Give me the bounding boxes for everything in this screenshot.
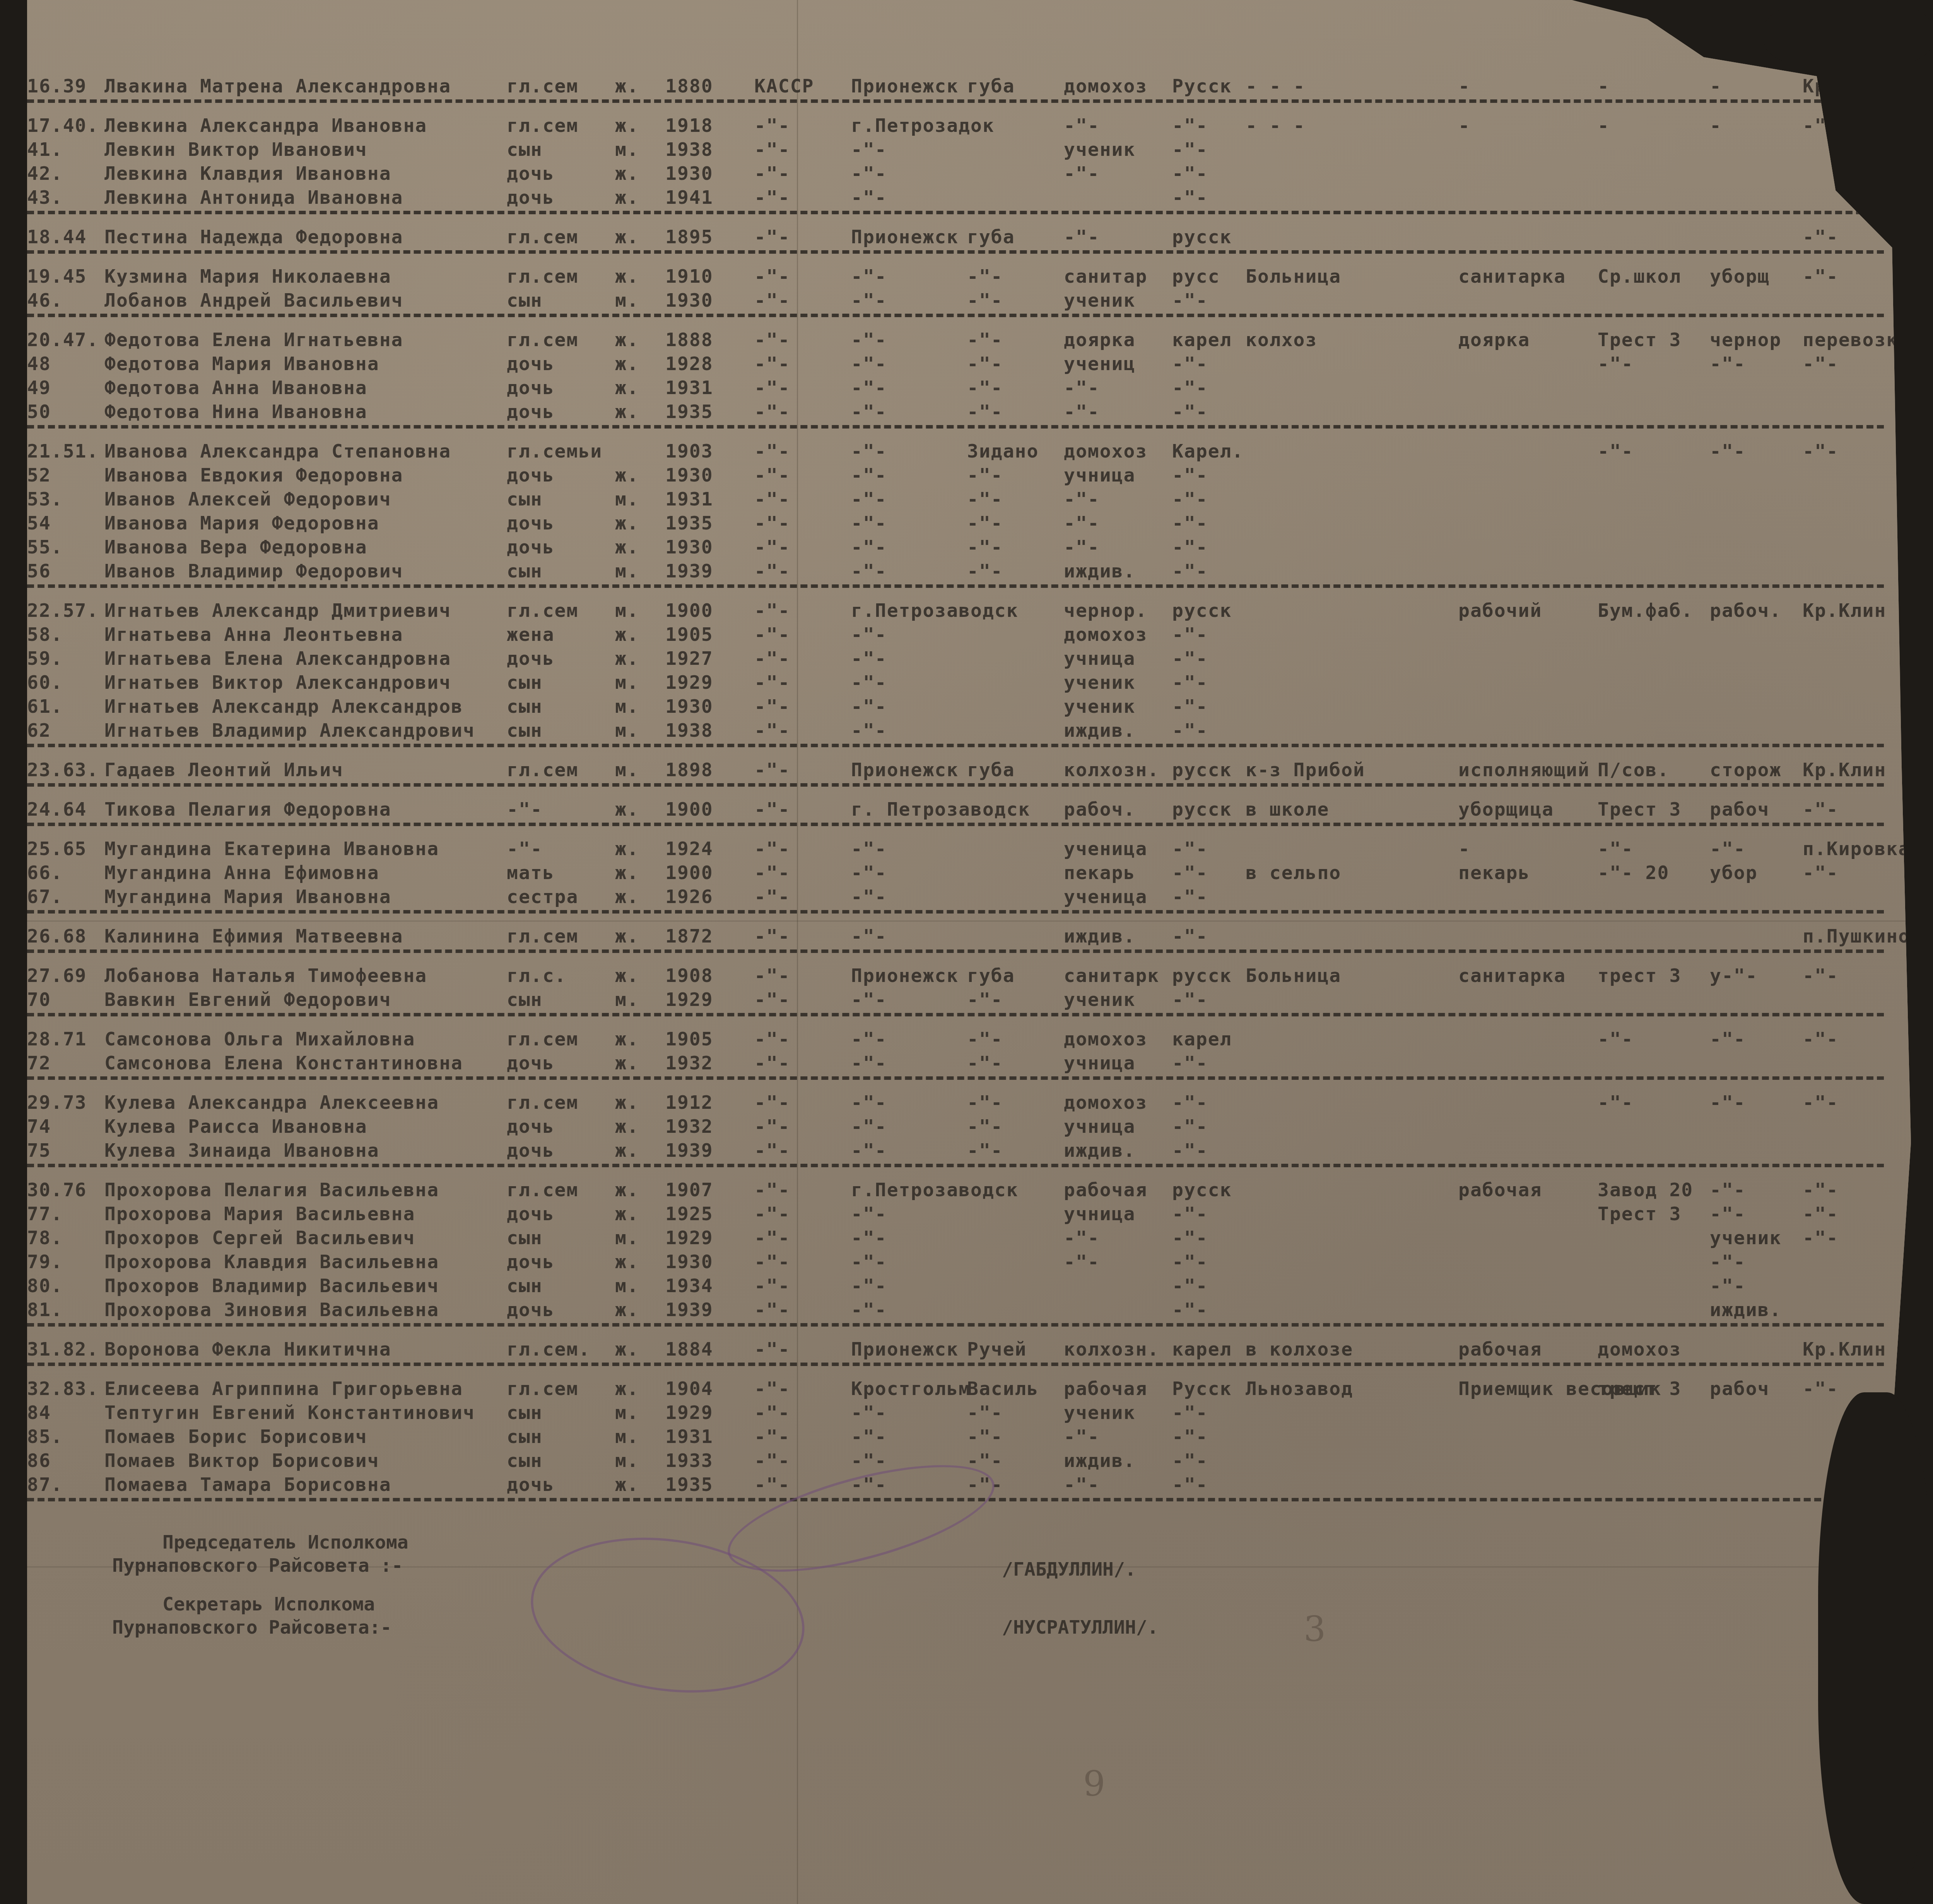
sex: ж. [615,512,639,534]
nationality: -"- [1172,838,1208,860]
birthplace: -"- [851,536,887,558]
region: -"- [754,989,790,1011]
record-number: 62 [27,720,104,741]
occupation: ученик [1064,1402,1135,1424]
profession: рабочая [1458,1339,1542,1360]
region: -"- [754,1028,790,1050]
record-number: 53. [27,488,104,510]
birth-year: 1900 [665,799,713,820]
birthplace: -"- [851,512,887,534]
sex: ж. [615,536,639,558]
region: -"- [754,488,790,510]
occupation: санитар [1064,266,1147,287]
record-number: 72 [27,1052,104,1074]
register-row: 42.Левкина Клавдия Ивановнадочьж.1930-"-… [27,163,1884,187]
person-name: Кулева Зинаида Ивановна [104,1140,379,1161]
nationality: -"- [1172,1299,1208,1321]
family-group: 17.40.Левкина Александра Ивановнагл.семж… [27,115,1884,214]
birth-year: 1930 [665,464,713,486]
folio-mark: 3 [1304,1609,1326,1650]
address: -"- [1803,115,1839,137]
birth-year: 1939 [665,560,713,582]
nationality: русс [1172,266,1220,287]
birthplace: -"- [851,648,887,669]
address: -"- [1803,862,1839,884]
region: -"- [754,290,790,311]
nationality: -"- [1172,648,1208,669]
sex: ж. [615,886,639,908]
relation: дочь [507,536,555,558]
nationality: -"- [1172,377,1208,399]
organization: трест 3 [1598,1378,1681,1400]
birth-year: 1905 [665,624,713,645]
region: -"- [754,1251,790,1273]
occupation: учница [1064,1052,1135,1074]
person-name: Помаев Борис Борисович [104,1426,367,1448]
address: п.Пушкино [1803,926,1910,947]
register-row: 61.Игнатьев Александр Александровсынм.19… [27,696,1884,720]
nationality: -"- [1172,1203,1208,1225]
birthplace: -"- [851,1450,887,1472]
birth-year: 1907 [665,1179,713,1201]
region: -"- [754,226,790,248]
person-name: Мугандина Екатерина Ивановна [104,838,439,860]
birthplace: -"- [851,1402,887,1424]
nationality: -"- [1172,886,1208,908]
record-number: 67. [27,886,104,908]
relation: дочь [507,1474,555,1496]
workplace: Больница [1246,965,1341,987]
nationality: -"- [1172,926,1208,947]
relation: дочь [507,1116,555,1137]
occupation: -"- [1064,226,1100,248]
family-group: 28.71Самсонова Ольга Михайловнагл.семж.1… [27,1028,1884,1080]
occupation: -"- [1064,1474,1100,1496]
nationality: карел [1172,329,1232,351]
relation: гл.сем [507,926,578,947]
birth-year: 1929 [665,989,713,1011]
sex: ж. [615,163,639,184]
relation: сын [507,1227,543,1249]
secretary-title-line-2: Пурнаповского Райсовета:- [112,1617,391,1638]
birth-year: 1898 [665,759,713,781]
relation: сын [507,1402,543,1424]
family-group: 22.57.Игнатьев Александр Дмитриевичгл.се… [27,600,1884,747]
record-number: 52 [27,464,104,486]
birthplace-detail: -"- [967,1426,1003,1448]
family-group: 26.68Калинина Ефимия Матвеевнагл.семж.18… [27,926,1884,953]
record-number: 81. [27,1299,104,1321]
sex: ж. [615,862,639,884]
position: рабоч [1710,799,1770,820]
organization: -"- [1598,441,1634,462]
birthplace: -"- [851,290,887,311]
register-row: 79.Прохорова Клавдия Васильевнадочьж.193… [27,1251,1884,1275]
nationality: -"- [1172,720,1208,741]
relation: сын [507,1275,543,1297]
position: -"- [1710,353,1746,375]
nationality: -"- [1172,1426,1208,1448]
sex: м. [615,1402,639,1424]
record-number: 77. [27,1203,104,1225]
sex: м. [615,290,639,311]
nationality: -"- [1172,290,1208,311]
birth-year: 1929 [665,1402,713,1424]
workplace: к-з Прибой [1246,759,1365,781]
record-number: 20.47. [27,329,104,351]
person-name: Иванова Александра Степановна [104,441,451,462]
birthplace: -"- [851,1052,887,1074]
register-row: 30.76Прохорова Пелагия Васильевнагл.семж… [27,1179,1884,1203]
register-row: 78.Прохоров Сергей Васильевичсынм.1929-"… [27,1227,1884,1251]
nationality: русск [1172,1179,1232,1201]
occupation: пекарь [1064,862,1135,884]
record-number: 49 [27,377,104,399]
region: -"- [754,464,790,486]
sex: ж. [615,226,639,248]
person-name: Федотова Елена Игнатьевна [104,329,403,351]
chair-title-line-2: Пурнаповского Райсовета :- [112,1555,403,1576]
occupation: домохоз [1064,1092,1147,1113]
relation: -"- [507,838,543,860]
register-row: 74Кулева Раисса Ивановнадочьж.1932-"--"-… [27,1116,1884,1140]
occupation: учница [1064,648,1135,669]
person-name: Левкина Клавдия Ивановна [104,163,391,184]
record-number: 85. [27,1426,104,1448]
birthplace-detail: -"- [967,377,1003,399]
person-name: Левкина Александра Ивановна [104,115,427,137]
occupation: -"- [1064,377,1100,399]
record-number: 58. [27,624,104,645]
region: -"- [754,965,790,987]
register-row: 22.57.Игнатьев Александр Дмитриевичгл.се… [27,600,1884,624]
workplace: - - - [1246,115,1306,137]
record-number: 27.69 [27,965,104,987]
sex: м. [615,560,639,582]
position: -"- [1710,1092,1746,1113]
occupation: -"- [1064,115,1100,137]
register-row: 53.Иванов Алексей Федоровичсынм.1931-"--… [27,488,1884,512]
sex: ж. [615,926,639,947]
birthplace: -"- [851,1140,887,1161]
register-row: 80.Прохоров Владимир Васильевичсынм.1934… [27,1275,1884,1299]
birthplace: г.Петрозадок [851,115,995,137]
relation: сын [507,1450,543,1472]
birthplace-detail: -"- [967,1092,1003,1113]
profession: санитарка [1458,965,1566,987]
birthplace: -"- [851,488,887,510]
person-name: Лвакина Матрена Александровна [104,75,451,97]
occupation: -"- [1064,512,1100,534]
nationality: -"- [1172,672,1208,693]
register-row: 67.Мугандина Мария Ивановнасестраж.1926-… [27,886,1884,910]
region: -"- [754,1450,790,1472]
family-group: 31.82.Воронова Фекла Никитичнагл.сем.ж.1… [27,1339,1884,1366]
organization: Трест 3 [1598,1203,1681,1225]
birthplace: -"- [851,1299,887,1321]
workplace: в колхозе [1246,1339,1353,1360]
register-row: 17.40.Левкина Александра Ивановнагл.семж… [27,115,1884,139]
birth-year: 1930 [665,290,713,311]
record-number: 48 [27,353,104,375]
sex: ж. [615,1339,639,1360]
relation: дочь [507,512,555,534]
person-name: Иванов Алексей Федорович [104,488,391,510]
position: -"- [1710,1275,1746,1297]
chair-name: /ГАБДУЛЛИН/. [1002,1559,1136,1580]
register-row: 16.39Лвакина Матрена Александровнагл.сем… [27,75,1884,99]
nationality: -"- [1172,1474,1208,1496]
nationality: -"- [1172,862,1208,884]
position: ученик [1710,1227,1781,1249]
occupation: домохоз [1064,441,1147,462]
relation: гл.сем [507,115,578,137]
register-row: 77.Прохорова Мария Васильевнадочьж.1925-… [27,1203,1884,1227]
occupation: санитарк [1064,965,1159,987]
relation: дочь [507,1299,555,1321]
register-row: 26.68Калинина Ефимия Матвеевнагл.семж.18… [27,926,1884,949]
nationality: -"- [1172,1052,1208,1074]
position: у-"- [1710,965,1758,987]
person-name: Игнатьев Александр Александров [104,696,463,717]
occupation: учница [1064,464,1135,486]
birth-year: 1938 [665,720,713,741]
record-number: 16.39 [27,75,104,97]
register-row: 70Вавкин Евгений Федоровичсынм.1929-"--"… [27,989,1884,1013]
address: Кр.Клин [1803,1339,1886,1360]
birthplace: Прионежск [851,965,959,987]
family-group: 25.65Мугандина Екатерина Ивановна-"-ж.19… [27,838,1884,914]
position: убор [1710,862,1758,884]
birth-year: 1932 [665,1052,713,1074]
position: - [1710,115,1722,137]
person-name: Федотова Мария Ивановна [104,353,379,375]
address: Кр.Клин [1803,600,1886,622]
person-name: Мугандина Анна Ефимовна [104,862,379,884]
birthplace-detail: -"- [967,353,1003,375]
record-number: 86 [27,1450,104,1472]
position: рабоч. [1710,600,1781,622]
birth-year: 1895 [665,226,713,248]
region: -"- [754,187,790,208]
register-row: 52Иванова Евдокия Федоровнадочьж.1930-"-… [27,464,1884,488]
occupation: домохоз [1064,75,1147,97]
nationality: -"- [1172,560,1208,582]
person-name: Левкина Антонида Ивановна [104,187,403,208]
address: -"- [1803,266,1839,287]
person-name: Прохорова Клавдия Васильевна [104,1251,439,1273]
relation: гл.сем [507,1092,578,1113]
relation: гл.сем [507,329,578,351]
birthplace: -"- [851,838,887,860]
sex: м. [615,720,639,741]
organization: - [1598,115,1610,137]
sex: м. [615,600,639,622]
record-number: 22.57. [27,600,104,622]
birthplace: -"- [851,886,887,908]
person-name: Иванов Владимир Федорович [104,560,403,582]
nationality: -"- [1172,512,1208,534]
birth-year: 1931 [665,1426,713,1448]
workplace: колхоз [1246,329,1317,351]
relation: дочь [507,1203,555,1225]
person-name: Калинина Ефимия Матвеевна [104,926,403,947]
organization: -"- [1598,838,1634,860]
register-row: 48Федотова Мария Ивановнадочьж.1928-"--"… [27,353,1884,377]
relation: гл.сем [507,1028,578,1050]
register-row: 18.44Пестина Надежда Федоровнагл.семж.18… [27,226,1884,250]
address: -"- [1803,1227,1839,1249]
address: -"- [1803,441,1839,462]
region: -"- [754,139,790,161]
person-name: Вавкин Евгений Федорович [104,989,391,1011]
birthplace: -"- [851,672,887,693]
workplace: Льнозавод [1246,1378,1353,1400]
occupation: колхозн. [1064,759,1159,781]
birth-year: 1941 [665,187,713,208]
address: перевозка [1803,329,1910,351]
region: -"- [754,1339,790,1360]
secretary-name: /НУСРАТУЛЛИН/. [1002,1617,1159,1638]
family-group: 24.64Тикова Пелагия Федоровна-"-ж.1900-"… [27,799,1884,826]
person-name: Прохорова Пелагия Васильевна [104,1179,439,1201]
sex: м. [615,989,639,1011]
birthplace-detail: -"- [967,1402,1003,1424]
sex: ж. [615,115,639,137]
relation: сын [507,672,543,693]
person-name: Прохоров Владимир Васильевич [104,1275,439,1297]
organization: - [1598,75,1610,97]
chair-title-line-1: Председатель Исполкома [162,1532,408,1553]
birthplace: г.Петрозаводск [851,600,1019,622]
record-number: 42. [27,163,104,184]
person-name: Игнатьев Александр Дмитриевич [104,600,451,622]
occupation: доярка [1064,329,1135,351]
birth-year: 1925 [665,1203,713,1225]
person-name: Игнатьева Елена Александровна [104,648,451,669]
family-group: 21.51.Иванова Александра Степановнагл.се… [27,441,1884,588]
nationality: -"- [1172,115,1208,137]
birth-year: 1908 [665,965,713,987]
birth-year: 1935 [665,401,713,423]
document-sheet: 16.39Лвакина Матрена Александровнагл.сем… [27,0,1911,1904]
address: п.Кировка [1803,838,1910,860]
register-row: 72Самсонова Елена Константиновнадочьж.19… [27,1052,1884,1076]
birth-year: 1910 [665,266,713,287]
register-row: 31.82.Воронова Фекла Никитичнагл.сем.ж.1… [27,1339,1884,1363]
relation: сын [507,720,543,741]
record-number: 60. [27,672,104,693]
birthplace: -"- [851,926,887,947]
birthplace: г. Петрозаводск [851,799,1030,820]
person-name: Левкин Виктор Иванович [104,139,367,161]
birthplace-detail: -"- [967,1116,1003,1137]
address: -"- [1803,1203,1839,1225]
birth-year: 1935 [665,1474,713,1496]
occupation: иждив. [1064,926,1135,947]
record-number: 24.64 [27,799,104,820]
relation: жена [507,624,555,645]
region: -"- [754,759,790,781]
sex: ж. [615,965,639,987]
record-number: 61. [27,696,104,717]
birthplace-detail: -"- [967,989,1003,1011]
relation: сестра [507,886,578,908]
region: -"- [754,536,790,558]
birth-year: 1927 [665,648,713,669]
birth-year: 1929 [665,1227,713,1249]
birth-year: 1939 [665,1140,713,1161]
organization: Завод 20 [1598,1179,1693,1201]
occupation: рабоч. [1064,799,1135,820]
profession: доярка [1458,329,1530,351]
nationality: русск [1172,799,1232,820]
birthplace-detail: -"- [967,464,1003,486]
occupation: ученик [1064,139,1135,161]
person-name: Федотова Нина Ивановна [104,401,367,423]
relation: сын [507,560,543,582]
address: -"- [1803,1179,1839,1201]
occupation: учница [1064,1116,1135,1137]
address: Кр.Клин [1803,759,1886,781]
birth-year: 1938 [665,139,713,161]
region: -"- [754,886,790,908]
position: иждив. [1710,1299,1781,1321]
nationality: карел [1172,1339,1232,1360]
relation: дочь [507,648,555,669]
occupation: -"- [1064,163,1100,184]
record-number: 84 [27,1402,104,1424]
occupation: ученик [1064,290,1135,311]
region: -"- [754,1275,790,1297]
sex: ж. [615,1251,639,1273]
birth-year: 1934 [665,1275,713,1297]
profession: рабочая [1458,1179,1542,1201]
region: -"- [754,624,790,645]
relation: сын [507,989,543,1011]
relation: сын [507,488,543,510]
birth-year: 1912 [665,1092,713,1113]
workplace: в сельпо [1246,862,1341,884]
record-number: 18.44 [27,226,104,248]
birth-year: 1931 [665,377,713,399]
nationality: -"- [1172,696,1208,717]
sex: ж. [615,187,639,208]
birthplace-detail: губа [967,75,1015,97]
record-number: 55. [27,536,104,558]
register-row: 56Иванов Владимир Федоровичсынм.1939-"--… [27,560,1884,584]
sex: ж. [615,1052,639,1074]
occupation: чернор. [1064,600,1147,622]
birthplace: Прионежск [851,1339,959,1360]
occupation: иждив. [1064,1140,1135,1161]
person-name: Прохорова Мария Васильевна [104,1203,415,1225]
region: -"- [754,560,790,582]
family-group: 23.63.Гадаев Леонтий Ильичгл.семм.1898-"… [27,759,1884,787]
occupation: -"- [1064,536,1100,558]
position: рабоч [1710,1378,1770,1400]
record-number: 30.76 [27,1179,104,1201]
person-name: Помаева Тамара Борисовна [104,1474,391,1496]
profession: уборщица [1458,799,1554,820]
relation: гл.сем [507,1378,578,1400]
birthplace: -"- [851,377,887,399]
birthplace-detail: -"- [967,266,1003,287]
relation: дочь [507,401,555,423]
region: -"- [754,1474,790,1496]
nationality: русск [1172,759,1232,781]
organization: -"- 20 [1598,862,1669,884]
